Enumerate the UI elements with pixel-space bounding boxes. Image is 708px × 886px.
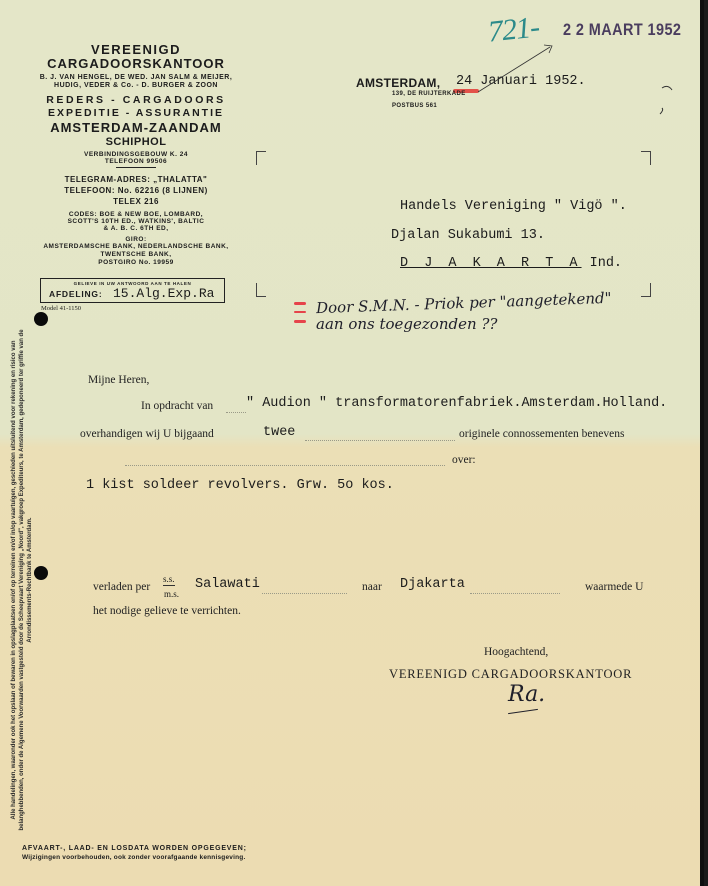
goods-description: 1 kist soldeer revolvers. Grw. 5o kos.	[86, 478, 394, 493]
closing-greeting: Hoogachtend,	[484, 646, 548, 658]
letterhead-codes: & A. B. C. 6TH ED,	[36, 225, 236, 232]
fill-line	[226, 412, 246, 413]
verladen-label: verladen per	[93, 581, 150, 593]
letterhead-location: SCHIPHOL	[36, 136, 236, 148]
page-edge	[700, 0, 704, 886]
opdracht-value: " Audion " transformatorenfabriek.Amster…	[246, 396, 667, 411]
fill-line	[262, 593, 347, 594]
waarmede-label: waarmede U	[585, 581, 643, 593]
letterhead-codes: SCOTT'S 10TH ED., WATKINS', BALTIC	[36, 218, 236, 225]
form-model-number: Model 41-1150	[41, 305, 81, 312]
handwritten-note-line: aan ons toegezonden ??	[316, 315, 497, 333]
letterhead-partners: HUDIG, VEDER & Co. - D. BURGER & ZOON	[36, 82, 236, 89]
nodige-label: het nodige gelieve te verrichten.	[93, 605, 241, 617]
originele-label: originele connossementen benevens	[459, 428, 624, 440]
signature: Ra.	[508, 682, 545, 707]
naar-label: naar	[362, 581, 382, 593]
punch-hole	[34, 312, 48, 326]
salutation: Mijne Heren,	[88, 374, 149, 386]
recipient-city-line: D J A K A R T A Ind.	[400, 256, 622, 271]
recipient-name: Handels Vereniging " Vigö ".	[400, 199, 627, 214]
footer-notice: AFVAART-, LAAD- EN LOSDATA WORDEN OPGEGE…	[22, 845, 247, 852]
opdracht-label: In opdracht van	[141, 400, 213, 412]
letter-city: AMSTERDAM,	[356, 76, 440, 90]
over-label: over:	[452, 454, 476, 466]
letterhead-giro-label: GIRO:	[36, 236, 236, 243]
window-corner	[256, 283, 266, 297]
letterhead-telegram: TELEGRAM-ADRES: „THALATTA"	[36, 175, 236, 184]
letterhead-company-name: CARGADOORSKANTOOR	[36, 56, 236, 71]
letterhead-building: VERBINDINGSGEBOUW K. 24	[36, 151, 236, 158]
ship-value: Salawati	[195, 577, 260, 592]
letterhead-banks: TWENTSCHE BANK,	[36, 251, 236, 258]
signature-underline	[508, 709, 538, 714]
letterhead-postgiro: POSTGIRO No. 19959	[36, 259, 236, 266]
overhandigen-label: overhandigen wij U bijgaand	[80, 428, 214, 440]
letterhead-phone: TELEFOON 99506	[36, 158, 236, 165]
afdeling-value: 15.Alg.Exp.Ra	[113, 286, 214, 301]
window-corner	[641, 283, 651, 297]
closing-company: VEREENIGD CARGADOORSKANTOOR	[389, 667, 632, 682]
letterhead-banks: AMSTERDAMSCHE BANK, NEDERLANDSCHE BANK,	[30, 243, 242, 250]
afdeling-box: GELIEVE IN UW ANTWOORD AAN TE HALEN AFDE…	[40, 278, 225, 303]
recipient-street: Djalan Sukabumi 13.	[391, 228, 545, 243]
letterhead-services: EXPEDITIE - ASSURANTIE	[36, 107, 236, 119]
fill-line	[470, 593, 560, 594]
letterhead-codes: CODES: BOE & NEW BOE, LOMBARD,	[36, 211, 236, 218]
letterhead-location: AMSTERDAM-ZAANDAM	[36, 120, 236, 135]
letter-page: VEREENIGD CARGADOORSKANTOOR B. J. VAN HE…	[0, 0, 704, 886]
handwritten-note-line: Door S.M.N. - Priok per "aangetekend"	[316, 289, 612, 317]
red-margin-mark	[294, 302, 306, 305]
fill-line	[125, 465, 445, 466]
letterhead-partners: B. J. VAN HENGEL, DE WED. JAN SALM & MEI…	[36, 74, 236, 81]
fill-line	[305, 440, 455, 441]
letter-date: 24 Januari 1952.	[456, 74, 586, 89]
recipient-country: Ind.	[582, 256, 623, 271]
red-margin-mark	[294, 320, 306, 323]
red-margin-mark	[294, 311, 306, 313]
punch-hole	[34, 566, 48, 580]
letterhead-telex: TELEX 216	[36, 197, 236, 206]
count-value: twee	[263, 425, 295, 440]
letterhead-telephone: TELEFOON: No. 62216 (8 LIJNEN)	[36, 186, 236, 195]
sender-postbox: POSTBUS 561	[392, 103, 437, 109]
afdeling-label: AFDELING:	[49, 289, 102, 299]
footer-disclaimer: Wijzigingen voorbehouden, ook zonder voo…	[22, 854, 245, 861]
terms-side-text: Alle handelingen, waaronder ook het opsl…	[10, 320, 34, 840]
window-corner	[641, 151, 651, 165]
handwritten-reference-number: 721-	[486, 10, 540, 49]
letterhead-line: VEREENIGD	[36, 42, 236, 57]
letterhead-services: REDERS - CARGADOORS	[36, 94, 236, 106]
sender-address: 139, DE RUIJTERKADE	[392, 91, 466, 97]
destination-value: Djakarta	[400, 577, 465, 592]
received-date-stamp: 2 2 MAART 1952	[563, 20, 681, 40]
divider	[116, 167, 156, 168]
window-corner	[256, 151, 266, 165]
ms-label: m.s.	[164, 589, 179, 599]
ss-label: s.s.	[163, 574, 175, 586]
recipient-city: D J A K A R T A	[400, 256, 582, 271]
